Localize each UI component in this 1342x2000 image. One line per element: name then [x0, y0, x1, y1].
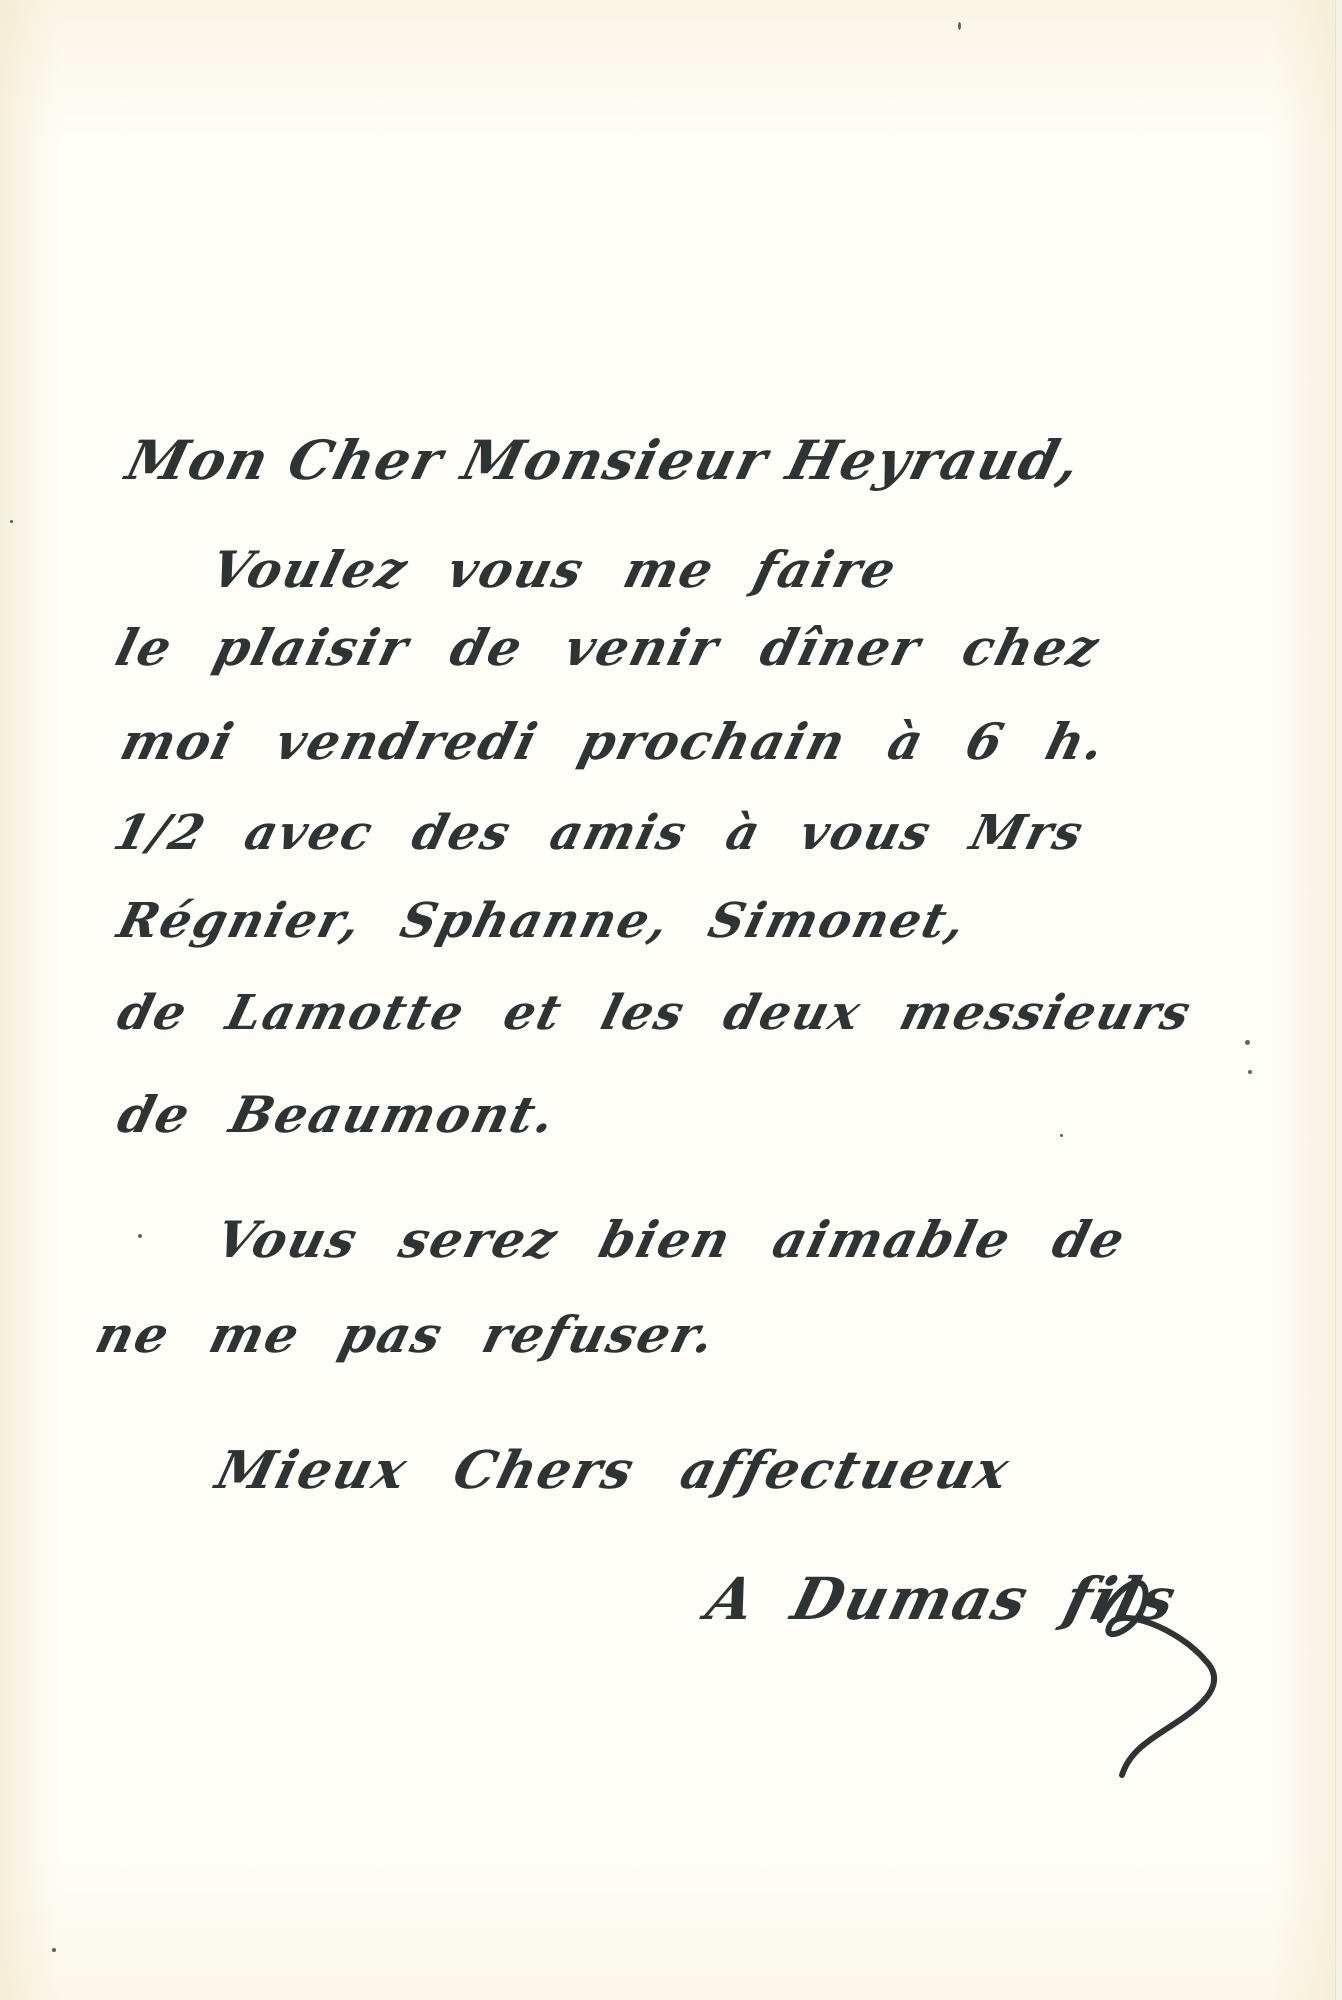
letter-body-line: le plaisir de venir dîner chez [110, 618, 1106, 677]
ink-speck [1248, 1070, 1252, 1074]
letter-salutation: Mon Cher Monsieur Heyraud, [120, 428, 1089, 492]
letter-body-line: de Beaumont. [112, 1085, 563, 1144]
letter-body-line: Voulez vous me faire [205, 540, 904, 599]
ink-speck [1060, 1134, 1063, 1137]
ink-speck [10, 520, 13, 523]
letter-body-line: Vous serez bien aimable de [210, 1210, 1132, 1269]
ink-speck [138, 1234, 142, 1238]
letter-page: Mon Cher Monsieur Heyraud, Voulez vous m… [0, 0, 1342, 2000]
letter-closing: Mieux Chers affectueux [210, 1440, 1016, 1501]
ink-speck [958, 22, 961, 30]
ink-speck [52, 1948, 56, 1952]
letter-body-line: 1/2 avec des amis à vous Mrs [108, 805, 1090, 861]
paper-right-edge [1335, 0, 1336, 2000]
letter-body-line: de Lamotte et les deux messieurs [112, 985, 1198, 1041]
letter-body-line: moi vendredi prochain à 6 h. [115, 712, 1112, 771]
signature-flourish-icon [1060, 1560, 1260, 1790]
letter-body-line: Régnier, Sphanne, Simonet, [112, 893, 973, 949]
ink-speck [1245, 1040, 1250, 1045]
letter-body-line: ne me pas refuser. [90, 1305, 722, 1364]
